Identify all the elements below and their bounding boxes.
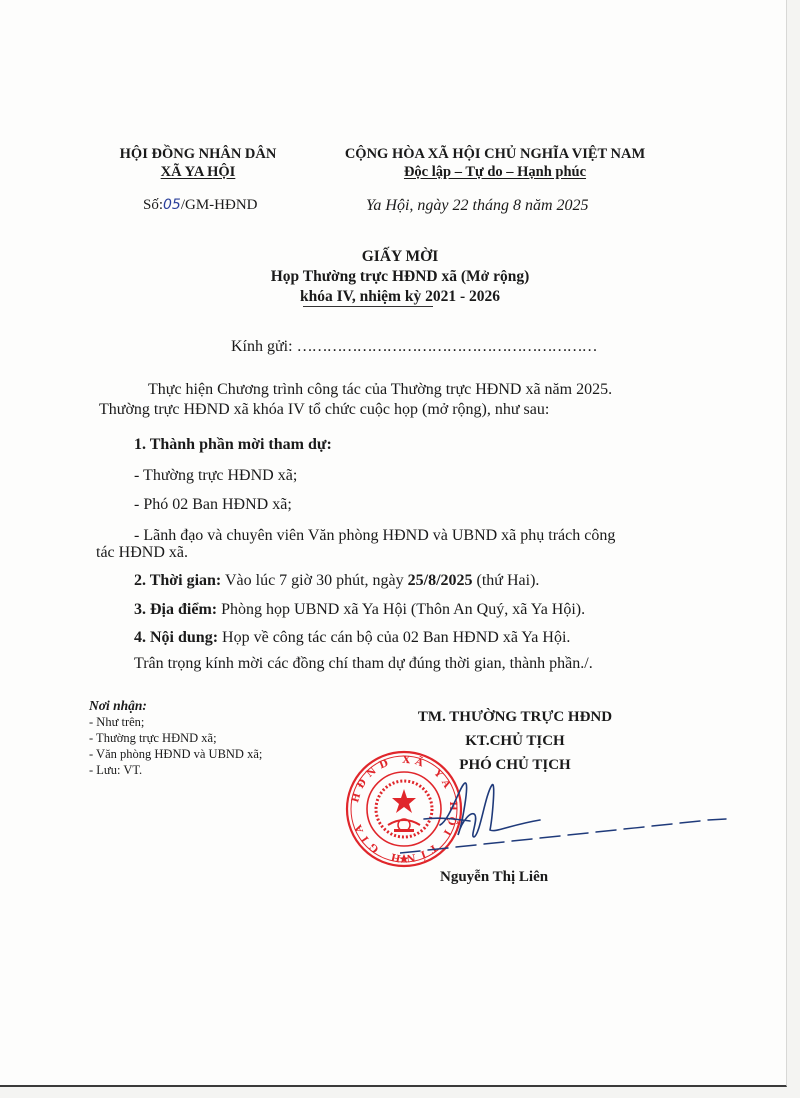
attendee-item: - Lãnh đạo và chuyên viên Văn phòng HĐND… — [134, 527, 615, 545]
title-subject: Họp Thường trực HĐND xã (Mở rộng) — [200, 267, 600, 287]
signature-on-behalf: TM. THƯỜNG TRỰC HĐND — [380, 705, 650, 729]
section-3-location: 3. Địa điểm: Phòng họp UBND xã Ya Hội (T… — [134, 601, 585, 619]
intro-line-2: Thường trực HĐND xã khóa IV tổ chức cuộc… — [99, 401, 549, 419]
recipients-list: Nơi nhận: - Như trên; - Thường trực HĐND… — [89, 698, 262, 778]
recipient-item: - Lưu: VT. — [89, 762, 262, 778]
handwritten-number: 05 — [163, 197, 181, 213]
section-1-title: 1. Thành phần mời tham dự: — [134, 436, 332, 454]
title-main: GIẤY MỜI — [200, 247, 600, 267]
title-underline — [303, 306, 433, 307]
recipients-title: Nơi nhận: — [89, 698, 262, 714]
recipient-item: - Văn phòng HĐND và UBND xã; — [89, 746, 262, 762]
attendee-item: - Phó 02 Ban HĐND xã; — [134, 496, 292, 514]
section-4-content: 4. Nội dung: Họp về công tác cán bộ của … — [134, 629, 570, 647]
document-title: GIẤY MỜI Họp Thường trực HĐND xã (Mở rộn… — [200, 247, 600, 307]
attendee-item: - Thường trực HĐND xã; — [134, 467, 297, 485]
org-commune: XÃ YA HỘI — [118, 163, 278, 181]
section-2-time: 2. Thời gian: Vào lúc 7 giờ 30 phút, ngà… — [134, 572, 539, 590]
closing-line: Trân trọng kính mời các đồng chí tham dự… — [134, 655, 593, 673]
handwritten-signature — [400, 775, 780, 865]
attendee-item-continued: tác HĐND xã. — [96, 544, 188, 562]
recipient-item: - Thường trực HĐND xã; — [89, 730, 262, 746]
org-name: HỘI ĐỒNG NHÂN DÂN — [118, 145, 278, 163]
document-page: HỘI ĐỒNG NHÂN DÂN XÃ YA HỘI CỘNG HÒA XÃ … — [0, 0, 787, 1087]
recipient-line: Kính gửi: …………………………………………………… — [231, 338, 597, 356]
document-number: Số:05/GM-HĐND — [143, 197, 258, 214]
national-motto: CỘNG HÒA XÃ HỘI CHỦ NGHĨA VIỆT NAM Độc l… — [330, 145, 660, 181]
country-name: CỘNG HÒA XÃ HỘI CHỦ NGHĨA VIỆT NAM — [330, 145, 660, 163]
place-date: Ya Hội, ngày 22 tháng 8 năm 2025 — [366, 197, 589, 215]
title-term: khóa IV, nhiệm kỳ 2021 - 2026 — [200, 287, 600, 307]
issuing-organization: HỘI ĐỒNG NHÂN DÂN XÃ YA HỘI — [118, 145, 278, 181]
intro-line-1: Thực hiện Chương trình công tác của Thườ… — [148, 381, 612, 399]
recipient-item: - Như trên; — [89, 714, 262, 730]
signer-name: Nguyễn Thị Liên — [440, 869, 548, 886]
motto: Độc lập – Tự do – Hạnh phúc — [330, 163, 660, 181]
